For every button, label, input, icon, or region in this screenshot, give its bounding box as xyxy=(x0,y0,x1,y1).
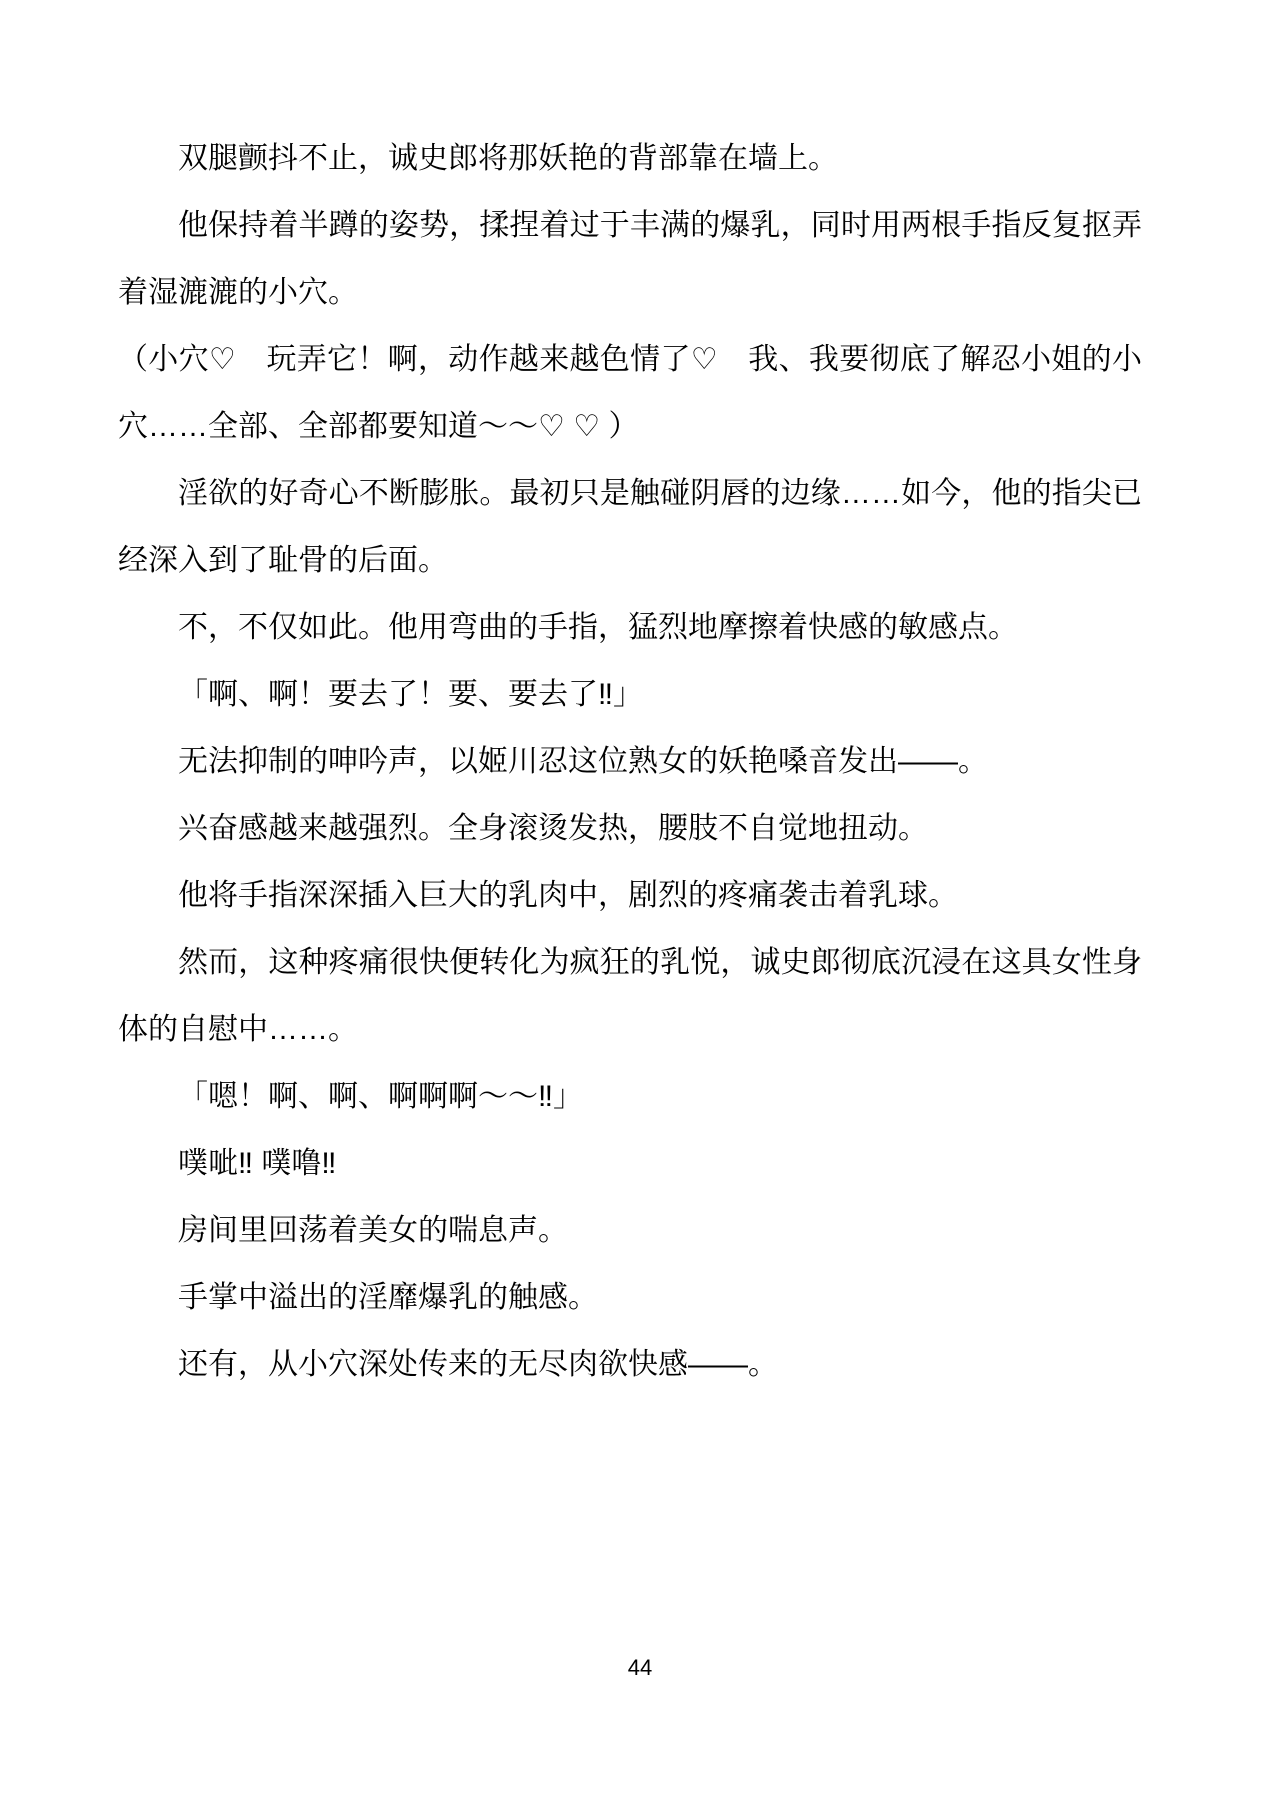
paragraph: 无法抑制的呻吟声，以姬川忍这位熟女的妖艳嗓音发出——。 xyxy=(118,728,1142,795)
paragraph: 不，不仅如此。他用弯曲的手指，猛烈地摩擦着快感的敏感点。 xyxy=(118,594,1142,661)
paragraph-inner-monologue: （小穴♡ 玩弄它！啊，动作越来越色情了♡ 我、我要彻底了解忍小姐的小穴……全部、… xyxy=(118,326,1142,460)
page-number: 44 xyxy=(0,1655,1280,1681)
document-page: 双腿颤抖不止，诚史郎将那妖艳的背部靠在墙上。 他保持着半蹲的姿势，揉捏着过于丰满… xyxy=(0,0,1280,1810)
paragraph: 手掌中溢出的淫靡爆乳的触感。 xyxy=(118,1264,1142,1331)
paragraph: 房间里回荡着美女的喘息声。 xyxy=(118,1197,1142,1264)
paragraph: 还有，从小穴深处传来的无尽肉欲快感——。 xyxy=(118,1331,1142,1398)
paragraph: 双腿颤抖不止，诚史郎将那妖艳的背部靠在墙上。 xyxy=(118,125,1142,192)
paragraph-sfx: 噗呲‼ 噗噜‼ xyxy=(118,1130,1142,1197)
paragraph: 他将手指深深插入巨大的乳肉中，剧烈的疼痛袭击着乳球。 xyxy=(118,862,1142,929)
body-text: 双腿颤抖不止，诚史郎将那妖艳的背部靠在墙上。 他保持着半蹲的姿势，揉捏着过于丰满… xyxy=(118,125,1142,1398)
paragraph: 然而，这种疼痛很快便转化为疯狂的乳悦，诚史郎彻底沉浸在这具女性身体的自慰中……。 xyxy=(118,929,1142,1063)
paragraph: 他保持着半蹲的姿势，揉捏着过于丰满的爆乳，同时用两根手指反复抠弄着湿漉漉的小穴。 xyxy=(118,192,1142,326)
paragraph: 兴奋感越来越强烈。全身滚烫发热，腰肢不自觉地扭动。 xyxy=(118,795,1142,862)
paragraph-dialogue: 「啊、啊！要去了！要、要去了‼」 xyxy=(118,661,1142,728)
paragraph-dialogue: 「嗯！啊、啊、啊啊啊～～‼」 xyxy=(118,1063,1142,1130)
paragraph: 淫欲的好奇心不断膨胀。最初只是触碰阴唇的边缘……如今，他的指尖已经深入到了耻骨的… xyxy=(118,460,1142,594)
